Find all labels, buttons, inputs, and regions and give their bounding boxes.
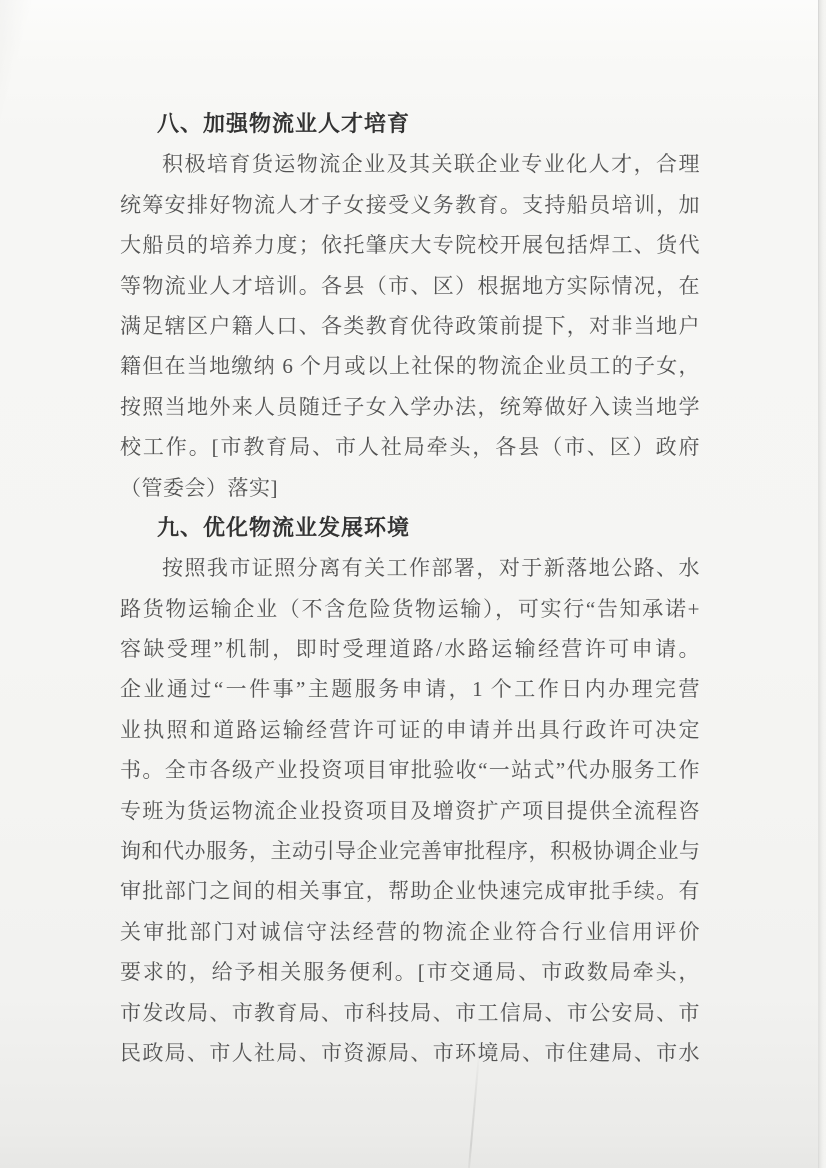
text-line: 校工作。[市教育局、市人社局牵头，各县（市、区）政府 xyxy=(120,427,700,467)
text-line: 容缺受理”机制，即时受理道路/水路运输经营许可申请。 xyxy=(120,629,700,669)
text-line: 审批部门之间的相关事宜，帮助企业快速完成审批手续。有 xyxy=(120,871,700,911)
text-line: 等物流业人才培训。各县（市、区）根据地方实际情况，在 xyxy=(120,266,700,306)
text-line: 统筹安排好物流人才子女接受义务教育。支持船员培训，加 xyxy=(120,185,700,225)
text-line: 业执照和道路运输经营许可证的申请并出具行政许可决定 xyxy=(120,710,700,750)
paper-sheet: 八、加强物流业人才培育积极培育货运物流企业及其关联企业专业化人才，合理统筹安排好… xyxy=(0,0,819,1168)
text-line: 积极培育货运物流企业及其关联企业专业化人才，合理 xyxy=(120,144,700,184)
document-body: 八、加强物流业人才培育积极培育货运物流企业及其关联企业专业化人才，合理统筹安排好… xyxy=(120,104,700,1073)
scan-edge-strip xyxy=(819,0,826,1168)
text-line: 满足辖区户籍人口、各类教育优待政策前提下，对非当地户 xyxy=(120,306,700,346)
text-line: 大船员的培养力度；依托肇庆大专院校开展包括焊工、货代 xyxy=(120,225,700,265)
text-line: 籍但在当地缴纳 6 个月或以上社保的物流企业员工的子女， xyxy=(120,346,700,386)
text-line: 按照当地外来人员随迁子女入学办法，统筹做好入读当地学 xyxy=(120,387,700,427)
text-line: 要求的，给予相关服务便利。[市交通局、市政数局牵头， xyxy=(120,952,700,992)
text-line: 民政局、市人社局、市资源局、市环境局、市住建局、市水 xyxy=(120,1033,700,1073)
section-heading: 八、加强物流业人才培育 xyxy=(120,104,700,144)
text-line: （管委会）落实] xyxy=(120,468,700,508)
text-line: 按照我市证照分离有关工作部署，对于新落地公路、水 xyxy=(120,548,700,588)
text-line: 专班为货运物流企业投资项目及增资扩产项目提供全流程咨 xyxy=(120,791,700,831)
text-line: 企业通过“一件事”主题服务申请，1 个工作日内办理完营 xyxy=(120,669,700,709)
text-line: 市发改局、市教育局、市科技局、市工信局、市公安局、市 xyxy=(120,993,700,1033)
scanned-page: 八、加强物流业人才培育积极培育货运物流企业及其关联企业专业化人才，合理统筹安排好… xyxy=(0,0,826,1168)
text-line: 询和代办服务，主动引导企业完善审批程序，积极协调企业与 xyxy=(120,831,700,871)
text-line: 路货物运输企业（不含危险货物运输），可实行“告知承诺+ xyxy=(120,589,700,629)
text-line: 关审批部门对诚信守法经营的物流企业符合行业信用评价 xyxy=(120,912,700,952)
section-heading: 九、优化物流业发展环境 xyxy=(120,508,700,548)
text-line: 书。全市各级产业投资项目审批验收“一站式”代办服务工作 xyxy=(120,750,700,790)
